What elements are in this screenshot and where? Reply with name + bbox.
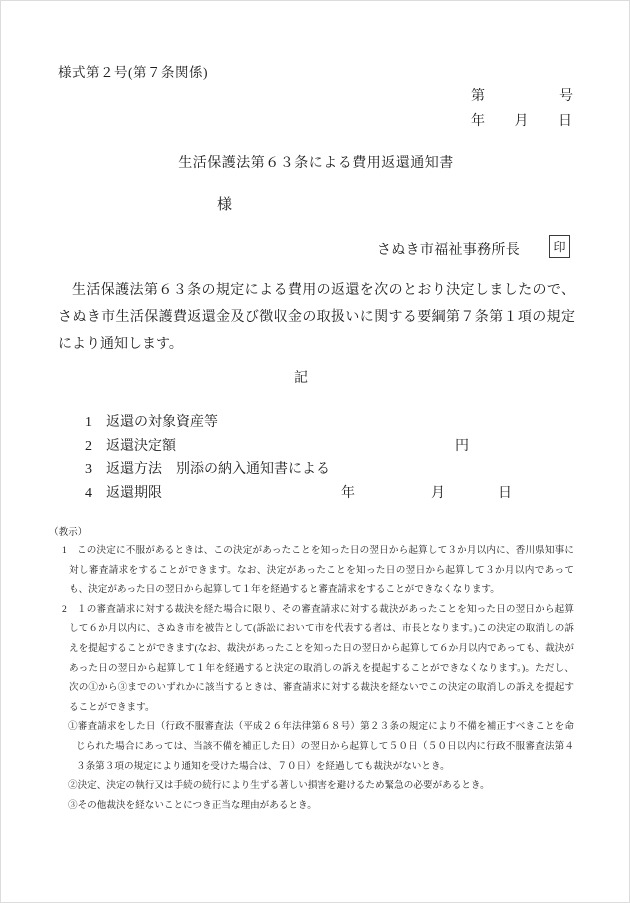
note-item-number: 1 (62, 545, 67, 556)
record-item-number: 1 (85, 415, 106, 431)
record-item-number: 3 (85, 462, 106, 478)
doc-no-suffix: 号 (559, 85, 573, 105)
body-paragraph: 生活保護法第６３条の規定による費用の返還を次のとおり決定しましたので、さぬき市生… (58, 277, 575, 358)
record-item-assets: 1返還の対象資産等 (85, 411, 585, 435)
note-item-text: この決定に不服があるときは、この決定があったことを知った日の翌日から起算して３か… (69, 545, 574, 595)
record-item-number: 2 (85, 439, 106, 455)
record-item-amount: 2返還決定額 円 (85, 435, 585, 459)
note-circled-1: ①審査請求をした日（行政不服審査法（平成２６年法律第６８号）第２３条の規定により… (68, 717, 574, 776)
method-value: 別添の納入通知書による (176, 458, 330, 478)
note-item-1: 1この決定に不服があるときは、この決定があったことを知った日の翌日から起算して３… (62, 541, 574, 600)
sender-name: さぬき市福祉事務所長 (377, 239, 520, 259)
seal-box: 印 (549, 235, 570, 258)
record-items: 1返還の対象資産等 2返還決定額 円 3返還方法 別添の納入通知書による 4返還… (85, 411, 585, 505)
record-item-number: 4 (85, 486, 106, 502)
note-item-2: 2１の審査請求に対する裁決を経た場合に限り、その審査請求に対する裁決があったこと… (62, 600, 574, 718)
notes-heading: （教示） (49, 524, 574, 541)
document-number-line: 第 号 (471, 85, 573, 105)
record-item-label: 返還方法 (106, 462, 162, 477)
document-page: 様式第２号(第７条関係) 第 号 年 月 日 生活保護法第６３条による費用返還通… (0, 0, 630, 903)
notes-section: （教示） 1この決定に不服があるときは、この決定があったことを知った日の翌日から… (49, 524, 574, 815)
record-item-label: 返還の対象資産等 (106, 415, 218, 430)
note-circled-3: ③その他裁決を経ないことにつき正当な理由があるとき。 (68, 796, 574, 816)
deadline-year-label: 年 (341, 482, 355, 502)
record-item-label: 返還期限 (106, 486, 162, 501)
record-item-deadline: 4返還期限 年 月 日 (85, 482, 585, 506)
note-item-number: 2 (62, 604, 67, 615)
record-item-method: 3返還方法 別添の納入通知書による (85, 458, 585, 482)
deadline-month-label: 月 (431, 482, 445, 502)
addressee-honorific: 様 (217, 193, 232, 214)
deadline-day-label: 日 (498, 482, 512, 502)
date-year-label: 年 (471, 110, 485, 130)
note-circled-2: ②決定、決定の執行又は手続の続行により生ずる著しい損害を避けるため緊急の必要があ… (68, 776, 574, 796)
document-title: 生活保護法第６３条による費用返還通知書 (1, 152, 630, 172)
date-day-label: 日 (558, 110, 572, 130)
record-item-label: 返還決定額 (106, 439, 176, 454)
record-heading: 記 (1, 367, 601, 387)
note-item-text: １の審査請求に対する裁決を経た場合に限り、その審査請求に対する裁決があったことを… (69, 604, 574, 713)
date-month-label: 月 (515, 110, 529, 130)
amount-unit-label: 円 (455, 435, 469, 455)
form-number-label: 様式第２号(第７条関係) (58, 61, 208, 81)
date-line: 年 月 日 (471, 110, 572, 130)
doc-no-prefix: 第 (471, 85, 485, 105)
